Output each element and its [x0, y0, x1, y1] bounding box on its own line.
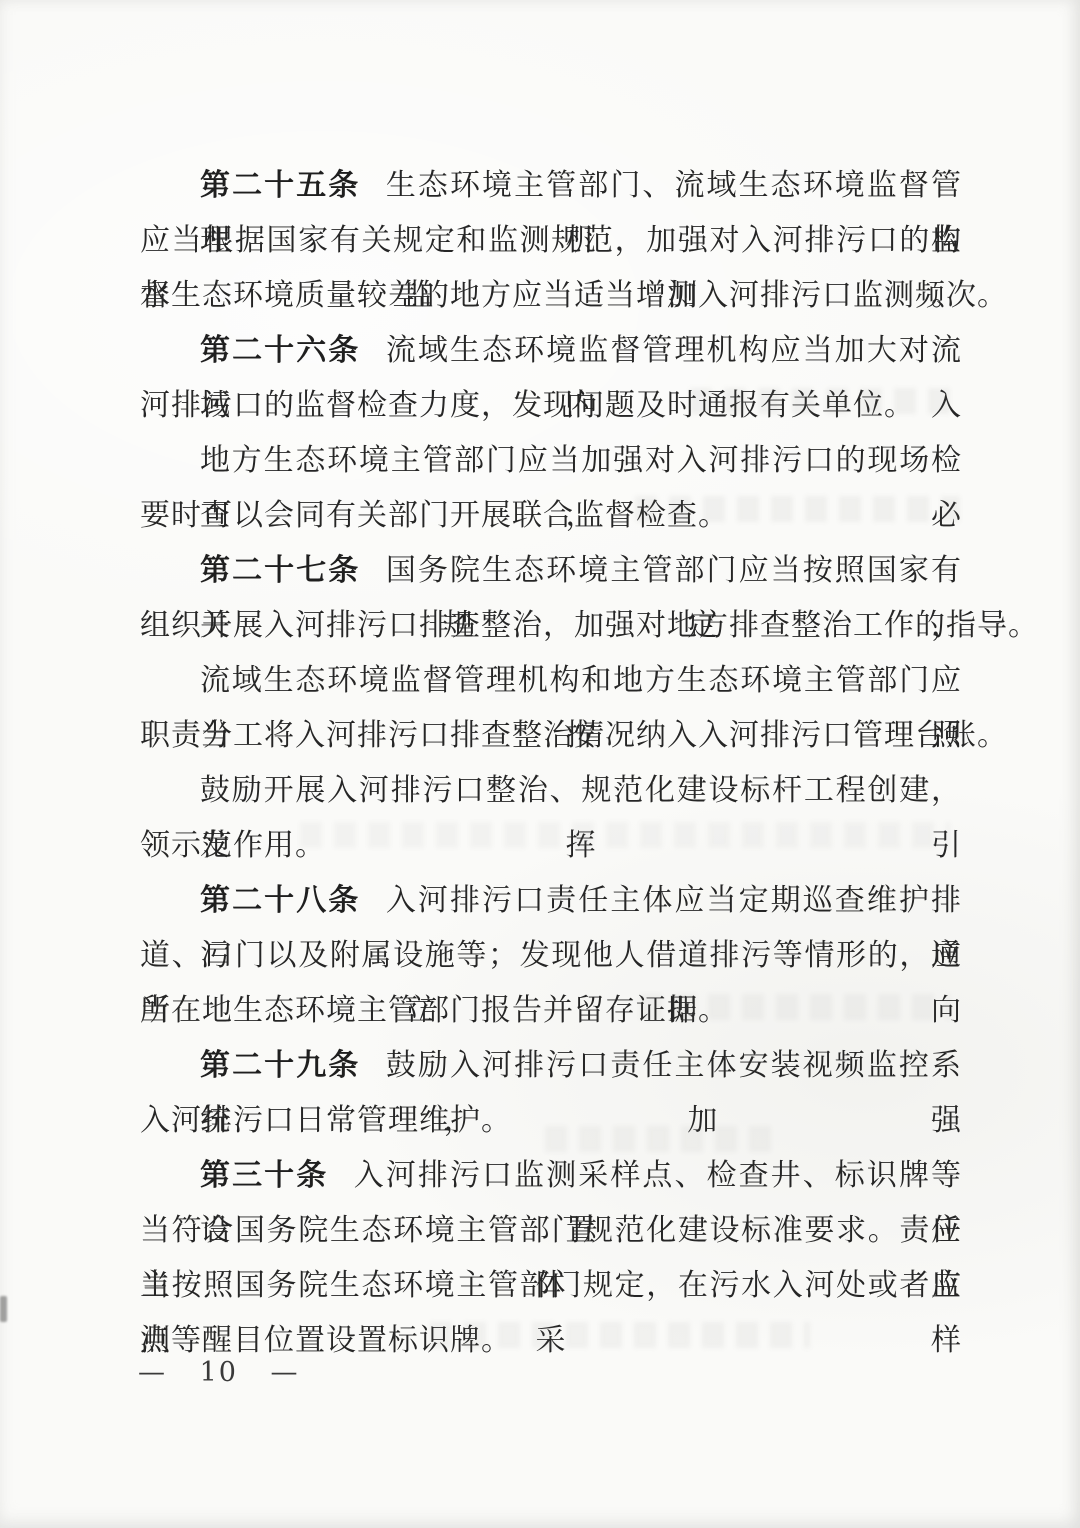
page-number: — 10 — [138, 1352, 300, 1394]
text-line: 道、口门以及附属设施等；发现他人借道排污等情形的，应当立即向 [140, 928, 962, 983]
line-text: 水生态环境质量较差的地方应当适当增加入河排污口监测频次。 [140, 278, 1008, 313]
line-text: 要时可以会同有关部门开展联合监督检查。 [140, 498, 729, 533]
text-line: 第三十条入河排污口监测采样点、检查井、标识牌等设置应 [140, 1148, 962, 1203]
text-line: 鼓励开展入河排污口整治、规范化建设标杆工程创建，发挥引 [140, 763, 962, 818]
line-text: 领示范作用。 [140, 828, 326, 863]
document-page: 第二十五条生态环境主管部门、流域生态环境监督管理机构 应当根据国家有关规定和监测… [0, 0, 1080, 1528]
text-line: 流域生态环境监督管理机构和地方生态环境主管部门应当按照 [140, 653, 962, 708]
line-text: 组织开展入河排污口排查整治，加强对地方排查整治工作的指导。 [140, 608, 1039, 643]
article-number: 第二十六条 [200, 333, 360, 368]
text-line: 应当根据国家有关规定和监测规范，加强对入河排污口的监督监测。 [140, 213, 962, 268]
article-number: 第三十条 [200, 1158, 328, 1193]
line-text: 河排污口的监督检查力度，发现问题及时通报有关单位。 [140, 388, 915, 423]
text-line: 河排污口的监督检查力度，发现问题及时通报有关单位。 [140, 378, 962, 433]
article-number: 第二十九条 [200, 1048, 360, 1083]
line-text: 职责分工将入河排污口排查整治情况纳入入河排污口管理台账。 [140, 718, 1008, 753]
line-text: 入河排污口日常管理维护。 [140, 1103, 512, 1138]
text-line: 当符合国务院生态环境主管部门规范化建设标准要求。责任主体应 [140, 1203, 962, 1258]
text-line: 当按照国务院生态环境主管部门规定，在污水入河处或者监测采样 [140, 1258, 962, 1313]
article-number: 第二十八条 [200, 883, 360, 918]
text-line: 第二十六条流域生态环境监督管理机构应当加大对流域内入 [140, 323, 962, 378]
article-number: 第二十七条 [200, 553, 360, 588]
scan-edge-mark [0, 1296, 7, 1322]
text-line: 第二十九条鼓励入河排污口责任主体安装视频监控系统，加强 [140, 1038, 962, 1093]
text-line: 第二十七条国务院生态环境主管部门应当按照国家有关规定， [140, 543, 962, 598]
text-line: 水生态环境质量较差的地方应当适当增加入河排污口监测频次。 [140, 268, 962, 323]
text-line: 地方生态环境主管部门应当加强对入河排污口的现场检查，必 [140, 433, 962, 488]
article-text-block: 第二十五条生态环境主管部门、流域生态环境监督管理机构 应当根据国家有关规定和监测… [140, 158, 962, 1368]
text-line: 第二十八条入河排污口责任主体应当定期巡查维护排污通 [140, 873, 962, 928]
article-number: 第二十五条 [200, 168, 360, 203]
text-line: 职责分工将入河排污口排查整治情况纳入入河排污口管理台账。 [140, 708, 962, 763]
line-text: 所在地生态环境主管部门报告并留存证据。 [140, 993, 729, 1028]
text-line: 第二十五条生态环境主管部门、流域生态环境监督管理机构 [140, 158, 962, 213]
text-line: 组织开展入河排污口排查整治，加强对地方排查整治工作的指导。 [140, 598, 962, 653]
